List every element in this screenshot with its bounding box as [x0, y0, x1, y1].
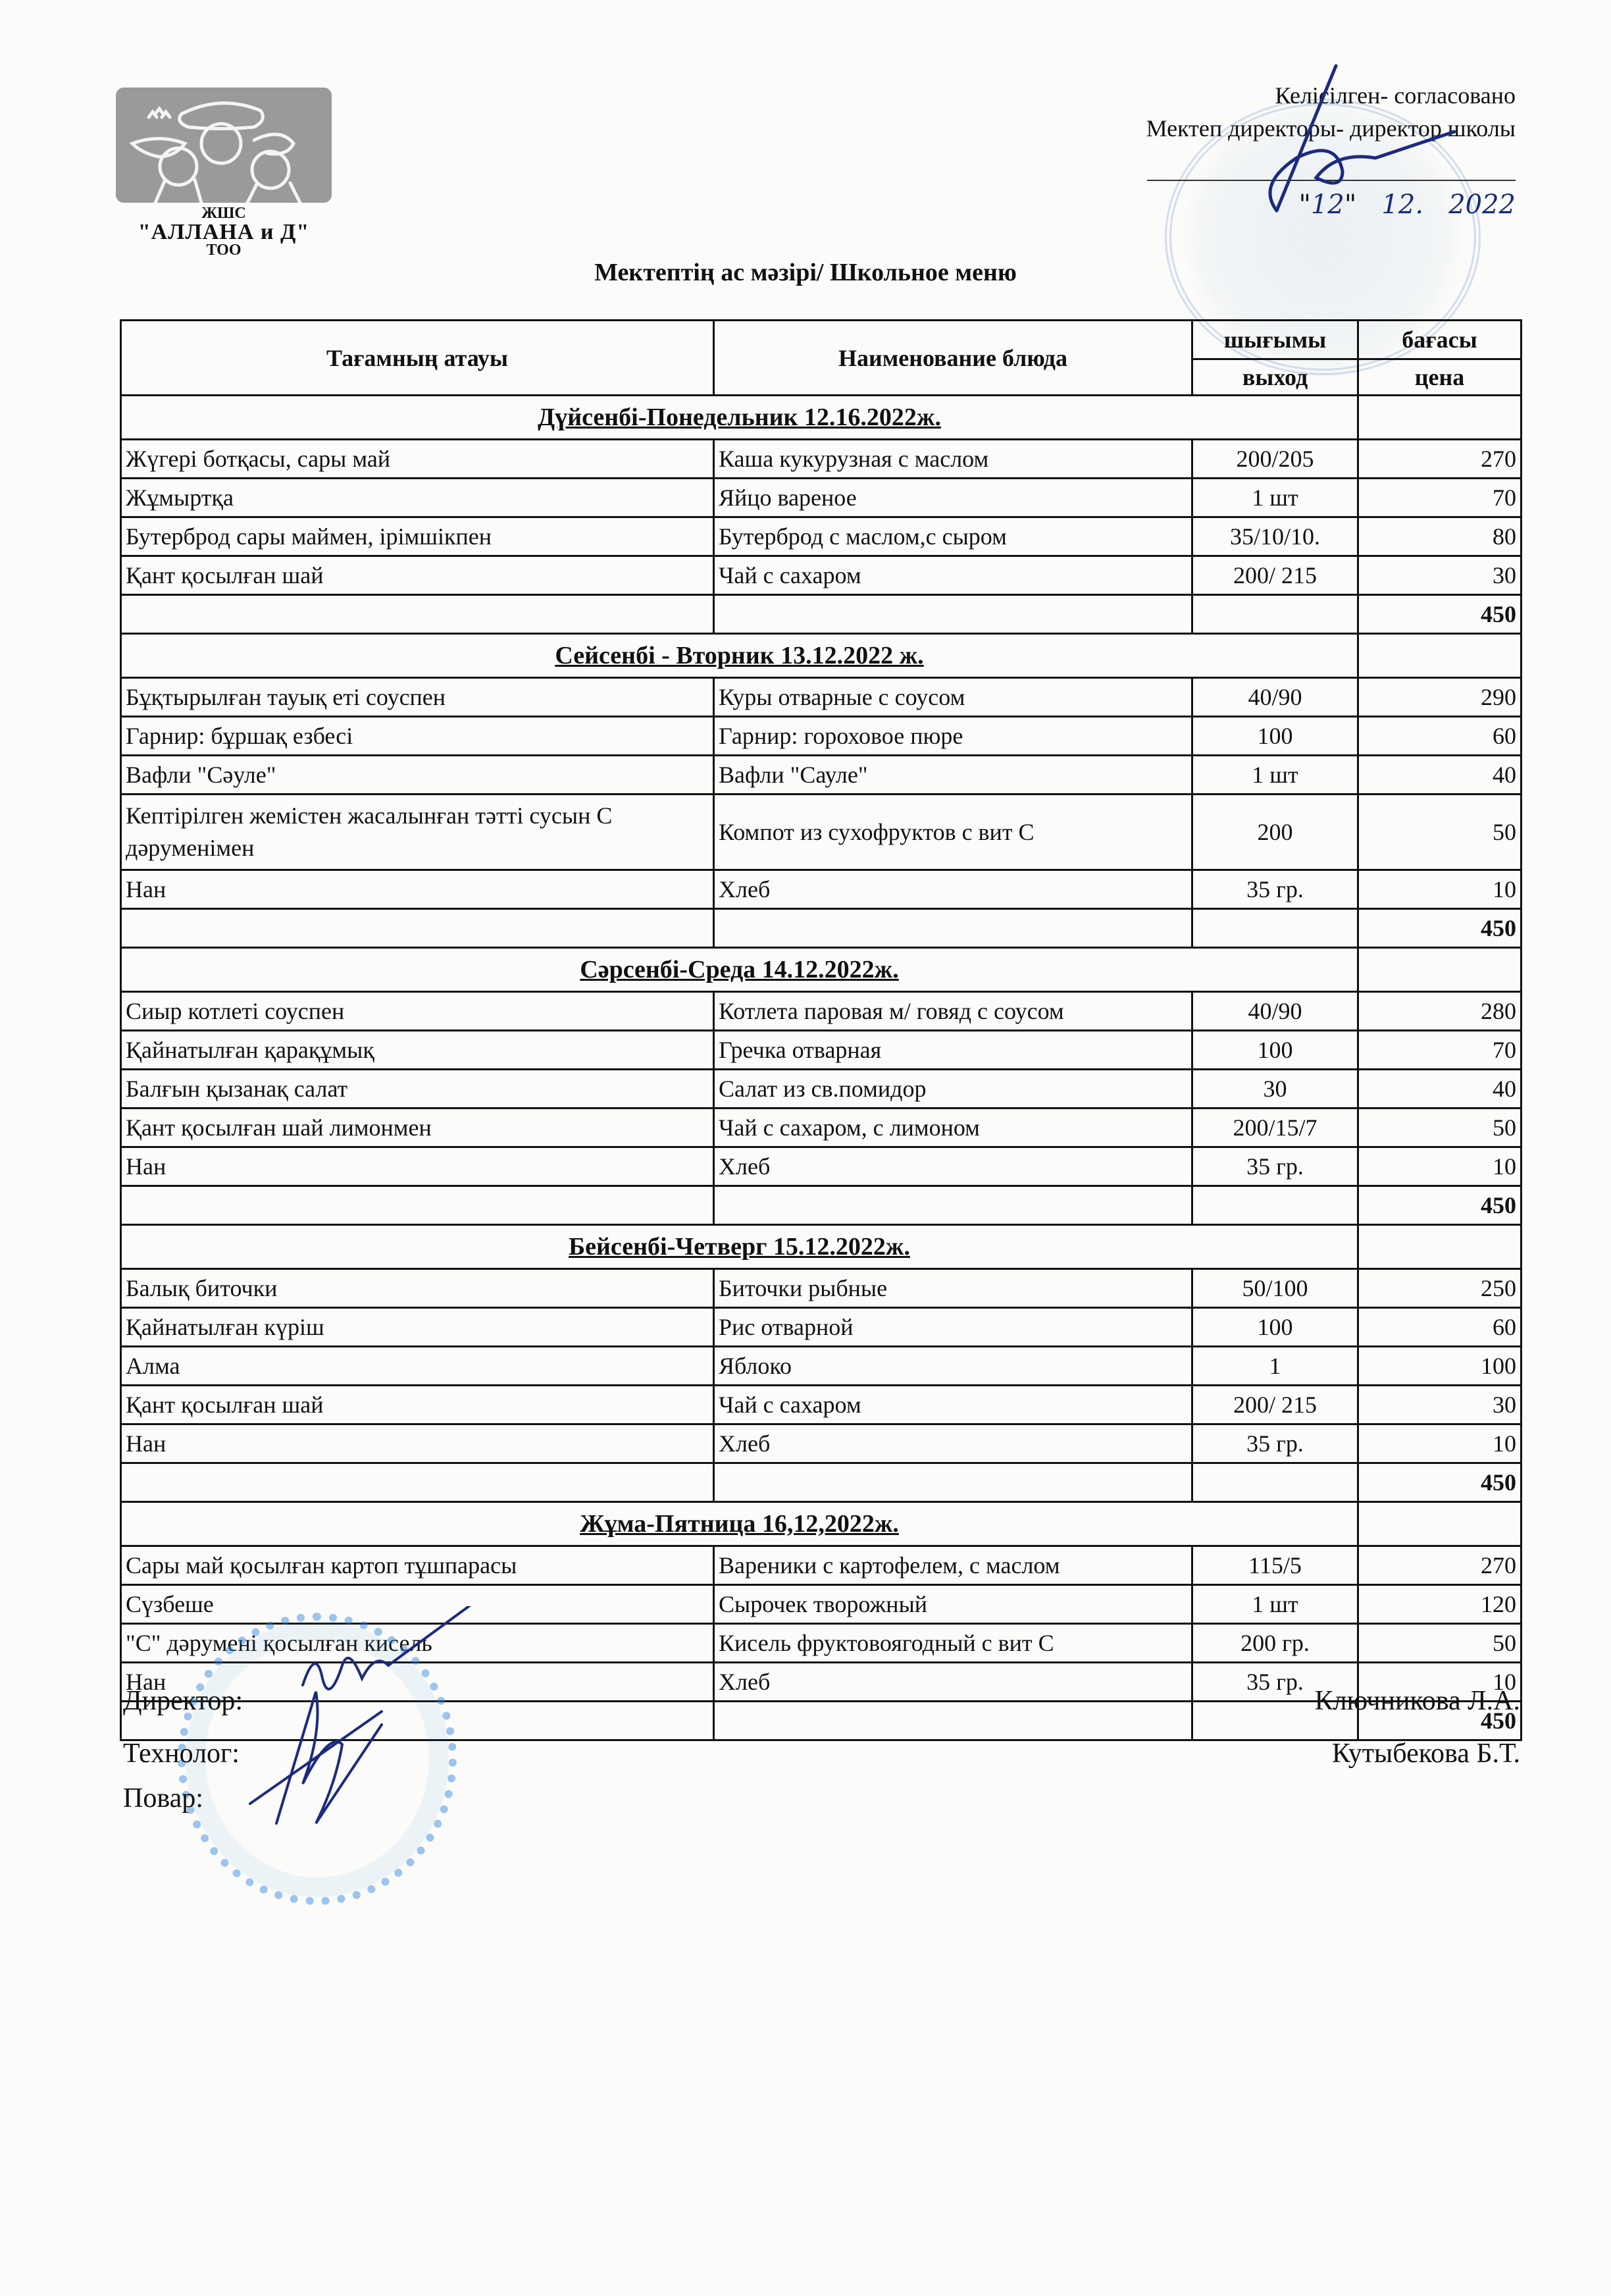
price-cell: 120: [1358, 1585, 1521, 1624]
empty-cell: [1358, 1502, 1521, 1546]
day-header-cell: Сәрсенбі-Среда 14.12.2022ж.: [121, 948, 1358, 992]
dish-name-ru: Кисель фруктовоягодный с вит С: [714, 1624, 1192, 1663]
day-header-row: Бейсенбі-Четверг 15.12.2022ж.: [121, 1225, 1521, 1269]
dish-name-kz: Нан: [121, 870, 714, 909]
director-signature-icon: [1237, 59, 1474, 230]
day-total-price: 450: [1358, 1463, 1521, 1502]
table-row: Сиыр котлеті соуспенКотлета паровая м/ г…: [121, 992, 1521, 1031]
dish-name-ru: Гарнир: гороховое пюре: [714, 717, 1192, 756]
table-row: Сары май қосылған картоп тұшпарасыВарени…: [121, 1546, 1521, 1585]
portion-cell: 200/15/7: [1192, 1109, 1358, 1147]
logo-caption-company: "АЛЛАНА и Д": [116, 221, 332, 244]
empty-cell: [714, 1463, 1192, 1502]
day-header-row: Сәрсенбі-Среда 14.12.2022ж.: [121, 948, 1521, 992]
table-row: АлмаЯблоко1100: [121, 1347, 1521, 1386]
table-row: Балғын қызанақ салатСалат из св.помидор3…: [121, 1070, 1521, 1109]
column-header-name-ru: Наименование блюда: [714, 321, 1192, 396]
price-cell: 270: [1358, 1546, 1521, 1585]
day-header-row: Жұма-Пятница 16,12,2022ж.: [121, 1502, 1521, 1546]
table-row: Балық биточки Биточки рыбные50/100250: [121, 1269, 1521, 1308]
empty-cell: [714, 909, 1192, 948]
column-header-portion-kz: шығымы: [1192, 321, 1358, 359]
day-total-row: 450: [121, 1463, 1521, 1502]
empty-cell: [1358, 1225, 1521, 1269]
empty-cell: [1192, 909, 1358, 948]
dish-name-kz: Қант қосылған шай: [121, 1386, 714, 1424]
dish-name-ru: Хлеб: [714, 1147, 1192, 1186]
dish-name-ru: Хлеб: [714, 1424, 1192, 1463]
dish-name-ru: Компот из сухофруктов с вит С: [714, 795, 1192, 870]
price-cell: 250: [1358, 1269, 1521, 1308]
day-label: Бейсенбі-Четверг 15.12.2022ж.: [569, 1233, 910, 1261]
day-label: Дүйсенбі-Понедельник 12.16.2022ж.: [538, 404, 941, 431]
price-cell: 70: [1358, 479, 1521, 517]
empty-cell: [1192, 595, 1358, 634]
portion-cell: 30: [1192, 1070, 1358, 1109]
dish-name-ru: Чай с сахаром, с лимоном: [714, 1109, 1192, 1147]
dish-name-ru: Бутерброд с маслом,с сыром: [714, 517, 1192, 556]
day-header-row: Дүйсенбі-Понедельник 12.16.2022ж.: [121, 396, 1521, 440]
portion-cell: 100: [1192, 717, 1358, 756]
logo-caption-line3: ТОО: [116, 242, 332, 258]
dish-name-ru: Яблоко: [714, 1347, 1192, 1386]
portion-cell: 1: [1192, 1347, 1358, 1386]
empty-cell: [1192, 1186, 1358, 1225]
empty-cell: [121, 909, 714, 948]
table-row: Вафли "Сәуле"Вафли "Сауле"1 шт40: [121, 756, 1521, 795]
table-row: Қайнатылған қарақұмықГречка отварная1007…: [121, 1031, 1521, 1070]
dish-name-ru: Салат из св.помидор: [714, 1070, 1192, 1109]
dish-name-kz: Нан: [121, 1147, 714, 1186]
chefs-children-logo-icon: [116, 88, 332, 203]
signer-name: Кутыбекова Б.Т.: [1332, 1738, 1520, 1769]
signer-name: Ключникова Л.А.: [1315, 1685, 1520, 1717]
price-cell: 50: [1358, 1109, 1521, 1147]
portion-cell: 1 шт: [1192, 479, 1358, 517]
portion-cell: 40/90: [1192, 678, 1358, 717]
price-cell: 50: [1358, 1624, 1521, 1663]
table-row: ЖұмыртқаЯйцо вареное1 шт70: [121, 479, 1521, 517]
empty-cell: [714, 595, 1192, 634]
portion-cell: 100: [1192, 1308, 1358, 1347]
price-cell: 10: [1358, 870, 1521, 909]
empty-cell: [121, 1463, 714, 1502]
price-cell: 80: [1358, 517, 1521, 556]
dish-name-ru: Куры отварные с соусом: [714, 678, 1192, 717]
portion-cell: 200/ 215: [1192, 1386, 1358, 1424]
price-cell: 10: [1358, 1147, 1521, 1186]
day-header-cell: Сейсенбі - Вторник 13.12.2022 ж.: [121, 634, 1358, 678]
dish-name-ru: Котлета паровая м/ говяд с соусом: [714, 992, 1192, 1031]
price-cell: 40: [1358, 756, 1521, 795]
dish-name-ru: Каша кукурузная с маслом: [714, 440, 1192, 479]
dish-name-ru: Биточки рыбные: [714, 1269, 1192, 1308]
day-total-price: 450: [1358, 909, 1521, 948]
day-total-row: 450: [121, 1186, 1521, 1225]
dish-name-kz: Жұмыртқа: [121, 479, 714, 517]
portion-cell: 40/90: [1192, 992, 1358, 1031]
day-header-cell: Бейсенбі-Четверг 15.12.2022ж.: [121, 1225, 1358, 1269]
empty-cell: [1358, 396, 1521, 440]
portion-cell: 35 гр.: [1192, 1147, 1358, 1186]
table-row: Қайнатылған күрішРис отварной10060: [121, 1308, 1521, 1347]
dish-name-kz: Сиыр котлеті соуспен: [121, 992, 714, 1031]
table-row: Бұқтырылған тауық еті соуспенКуры отварн…: [121, 678, 1521, 717]
empty-cell: [1358, 948, 1521, 992]
dish-name-kz: Қант қосылған шай лимонмен: [121, 1109, 714, 1147]
empty-cell: [1192, 1463, 1358, 1502]
dish-name-kz: Балық биточки: [121, 1269, 714, 1308]
portion-cell: 35 гр.: [1192, 1424, 1358, 1463]
price-cell: 60: [1358, 717, 1521, 756]
column-header-price-ru: цена: [1358, 359, 1521, 396]
day-label: Сейсенбі - Вторник 13.12.2022 ж.: [555, 642, 923, 669]
menu-table: Тағамның атауы Наименование блюда шығымы…: [120, 319, 1522, 1741]
price-cell: 280: [1358, 992, 1521, 1031]
dish-name-ru: Рис отварной: [714, 1308, 1192, 1347]
dish-name-ru: Сырочек творожный: [714, 1585, 1192, 1624]
dish-name-ru: Чай с сахаром: [714, 556, 1192, 595]
column-header-name-kz: Тағамның атауы: [121, 321, 714, 396]
company-logo: [116, 88, 332, 203]
empty-cell: [121, 1186, 714, 1225]
dish-name-kz: Қант қосылған шай: [121, 556, 714, 595]
dish-name-kz: Вафли "Сәуле": [121, 756, 714, 795]
dish-name-kz: Нан: [121, 1424, 714, 1463]
table-row: Қант қосылған шайЧай с сахаром200/ 21530: [121, 556, 1521, 595]
day-total-price: 450: [1358, 595, 1521, 634]
signer-role: Повар:: [123, 1783, 203, 1813]
day-header-cell: Жұма-Пятница 16,12,2022ж.: [121, 1502, 1358, 1546]
table-row: Қант қосылған шай лимонменЧай с сахаром,…: [121, 1109, 1521, 1147]
price-cell: 10: [1358, 1424, 1521, 1463]
dish-name-ru: Вафли "Сауле": [714, 756, 1192, 795]
price-cell: 60: [1358, 1308, 1521, 1347]
table-row: НанХлеб35 гр.10: [121, 1147, 1521, 1186]
dish-name-kz: Қайнатылған күріш: [121, 1308, 714, 1347]
portion-cell: 35/10/10.: [1192, 517, 1358, 556]
dish-name-kz: Бутерброд сары маймен, ірімшікпен: [121, 517, 714, 556]
day-label: Жұма-Пятница 16,12,2022ж.: [580, 1510, 899, 1538]
table-row: Жүгері ботқасы, сары майКаша кукурузная …: [121, 440, 1521, 479]
page-title: Мектептің ас мәзірі/ Школьное меню: [0, 258, 1611, 287]
portion-cell: 200 гр.: [1192, 1624, 1358, 1663]
day-header-cell: Дүйсенбі-Понедельник 12.16.2022ж.: [121, 396, 1358, 440]
dish-name-kz: Кептірілген жемістен жасалынған тәтті су…: [121, 795, 714, 870]
dish-name-kz: Жүгері ботқасы, сары май: [121, 440, 714, 479]
dish-name-kz: Сары май қосылған картоп тұшпарасы: [121, 1546, 714, 1585]
price-cell: 50: [1358, 795, 1521, 870]
table-row: Қант қосылған шайЧай с сахаром200/ 21530: [121, 1386, 1521, 1424]
portion-cell: 35 гр.: [1192, 870, 1358, 909]
table-row: Бутерброд сары маймен, ірімшікпенБутербр…: [121, 517, 1521, 556]
portion-cell: 1 шт: [1192, 1585, 1358, 1624]
day-header-row: Сейсенбі - Вторник 13.12.2022 ж.: [121, 634, 1521, 678]
dish-name-kz: Қайнатылған қарақұмық: [121, 1031, 714, 1070]
portion-cell: 200: [1192, 795, 1358, 870]
dish-name-ru: Чай с сахаром: [714, 1386, 1192, 1424]
dish-name-ru: Вареники с картофелем, с маслом: [714, 1546, 1192, 1585]
empty-cell: [1358, 634, 1521, 678]
price-cell: 100: [1358, 1347, 1521, 1386]
price-cell: 30: [1358, 1386, 1521, 1424]
price-cell: 270: [1358, 440, 1521, 479]
logo-caption-line1: ЖШС: [116, 205, 332, 221]
portion-cell: 200/205: [1192, 440, 1358, 479]
portion-cell: 115/5: [1192, 1546, 1358, 1585]
dish-name-ru: Хлеб: [714, 870, 1192, 909]
handwritten-signatures-icon: [211, 1606, 553, 1883]
table-row: НанХлеб35 гр.10: [121, 870, 1521, 909]
table-row: Гарнир: бұршақ езбесіГарнир: гороховое п…: [121, 717, 1521, 756]
day-total-price: 450: [1358, 1186, 1521, 1225]
column-header-portion-ru: выход: [1192, 359, 1358, 396]
dish-name-kz: Алма: [121, 1347, 714, 1386]
dish-name-kz: Бұқтырылған тауық еті соуспен: [121, 678, 714, 717]
table-row: Кептірілген жемістен жасалынған тәтті су…: [121, 795, 1521, 870]
dish-name-kz: Балғын қызанақ салат: [121, 1070, 714, 1109]
dish-name-ru: Гречка отварная: [714, 1031, 1192, 1070]
portion-cell: 1 шт: [1192, 756, 1358, 795]
empty-cell: [121, 595, 714, 634]
price-cell: 290: [1358, 678, 1521, 717]
portion-cell: 100: [1192, 1031, 1358, 1070]
day-total-row: 450: [121, 909, 1521, 948]
price-cell: 30: [1358, 556, 1521, 595]
day-total-row: 450: [121, 595, 1521, 634]
price-cell: 40: [1358, 1070, 1521, 1109]
column-header-price-kz: бағасы: [1358, 321, 1521, 359]
day-label: Сәрсенбі-Среда 14.12.2022ж.: [580, 956, 898, 983]
portion-cell: 200/ 215: [1192, 556, 1358, 595]
table-row: НанХлеб35 гр.10: [121, 1424, 1521, 1463]
dish-name-ru: Яйцо вареное: [714, 479, 1192, 517]
portion-cell: 50/100: [1192, 1269, 1358, 1308]
price-cell: 70: [1358, 1031, 1521, 1070]
empty-cell: [714, 1186, 1192, 1225]
dish-name-kz: Гарнир: бұршақ езбесі: [121, 717, 714, 756]
